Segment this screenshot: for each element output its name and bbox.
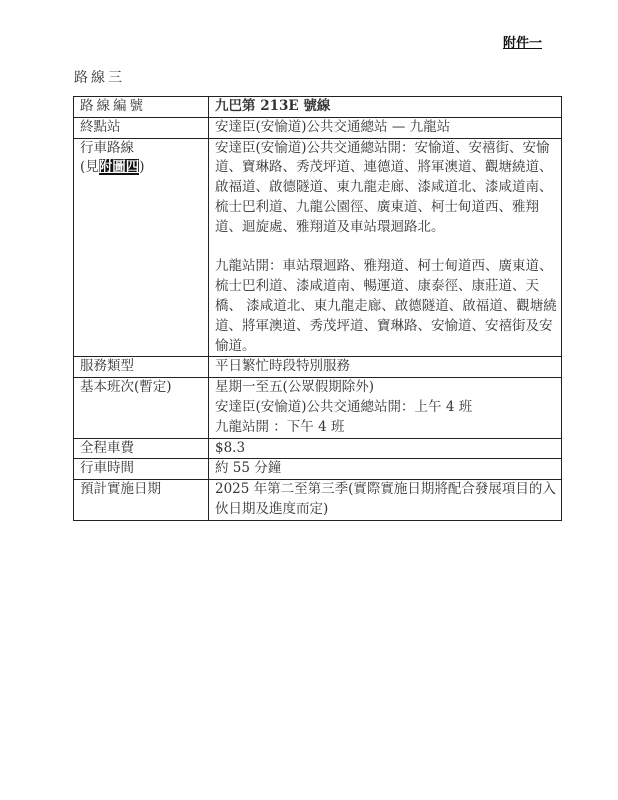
routing-from-anderson: 安達臣(安愉道)公共交通總站開：安愉道、安禧街、安愉道、寶琳路、秀茂坪道、連德道…	[215, 139, 557, 238]
label-routing: 行車路線	[80, 139, 204, 159]
map-ref-link[interactable]: 附圖四	[99, 159, 140, 175]
label-fare: 全程車費	[74, 438, 209, 459]
map-ref-suffix: )	[139, 159, 144, 175]
routing-from-kowloon: 九龍站開：車站環迴路、雅翔道、柯士甸道西、廣東道、梳士巴利道、漆咸道南、暢運道、…	[215, 257, 557, 356]
map-ref-prefix: (見	[80, 159, 99, 175]
section-title: 路線三	[74, 67, 125, 87]
frequency-from-anderson: 安達臣(安愉道)公共交通總站開：上午 4 班	[215, 398, 557, 418]
value-implementation-date: 2025 年第二至第三季(實際實施日期將配合發展項目的入伙日期及進度而定)	[209, 480, 562, 521]
label-frequency: 基本班次(暫定)	[74, 378, 209, 438]
label-implementation-date: 預計實施日期	[74, 480, 209, 521]
value-fare: $8.3	[209, 438, 562, 459]
table-row-frequency: 基本班次(暫定) 星期一至五(公眾假期除外) 安達臣(安愉道)公共交通總站開：上…	[74, 378, 562, 438]
frequency-from-kowloon: 九龍站開 ：下午 4 班	[215, 418, 557, 438]
table-row-service-type: 服務類型 平日繁忙時段特別服務	[74, 357, 562, 378]
routing-map-reference: (見附圖四)	[80, 158, 204, 178]
table-row-termini: 終點站 安達臣(安愉道)公共交通總站 — 九龍站	[74, 117, 562, 138]
label-service-type: 服務類型	[74, 357, 209, 378]
table-row-route-number: 路線編號 九巴第 213E 號線	[74, 97, 562, 118]
route-info-table: 路線編號 九巴第 213E 號線 終點站 安達臣(安愉道)公共交通總站 — 九龍…	[73, 96, 562, 521]
value-service-type: 平日繁忙時段特別服務	[209, 357, 562, 378]
table-row-routing: 行車路線 (見附圖四) 安達臣(安愉道)公共交通總站開：安愉道、安禧街、安愉道、…	[74, 138, 562, 357]
label-routing-cell: 行車路線 (見附圖四)	[74, 138, 209, 357]
annex-label: 附件一	[503, 32, 542, 51]
value-routing-cell: 安達臣(安愉道)公共交通總站開：安愉道、安禧街、安愉道、寶琳路、秀茂坪道、連德道…	[209, 138, 562, 357]
value-route-number: 九巴第 213E 號線	[209, 97, 562, 118]
value-termini: 安達臣(安愉道)公共交通總站 — 九龍站	[209, 117, 562, 138]
paragraph-gap	[215, 238, 557, 258]
table-row-journey-time: 行車時間 約 55 分鐘	[74, 459, 562, 480]
table-row-implementation-date: 預計實施日期 2025 年第二至第三季(實際實施日期將配合發展項目的入伙日期及進…	[74, 480, 562, 521]
label-route-number: 路線編號	[74, 97, 209, 118]
table-row-fare: 全程車費 $8.3	[74, 438, 562, 459]
value-journey-time: 約 55 分鐘	[209, 459, 562, 480]
label-journey-time: 行車時間	[74, 459, 209, 480]
frequency-days: 星期一至五(公眾假期除外)	[215, 378, 557, 398]
value-frequency-cell: 星期一至五(公眾假期除外) 安達臣(安愉道)公共交通總站開：上午 4 班 九龍站…	[209, 378, 562, 438]
label-termini: 終點站	[74, 117, 209, 138]
